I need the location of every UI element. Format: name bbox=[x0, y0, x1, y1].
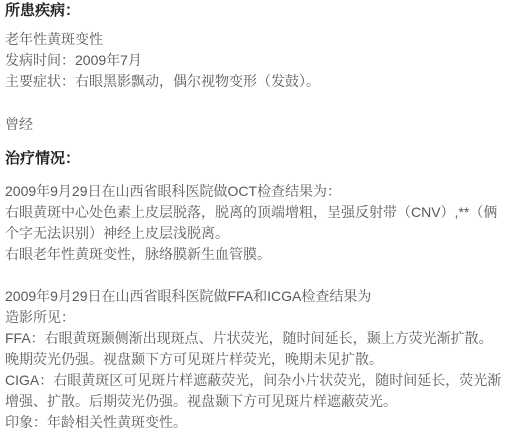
treatment-section-heading: 治疗情况： bbox=[5, 148, 515, 169]
onset-time-line: 发病时间：2009年7月 bbox=[5, 50, 515, 71]
angiography-report-line: FFA：右眼黄斑颞侧渐出现斑点、片状荧光，随时间延长，颞上方荧光渐扩散。 bbox=[5, 328, 515, 349]
angiography-report-line: 晚期荧光仍强。视盘颞下方可见斑片样荧光，晚期未见扩散。 bbox=[5, 349, 515, 370]
angiography-report-paragraph: 2009年9月29日在山西省眼科医院做FFA和ICGA检查结果为 造影所见： F… bbox=[5, 286, 515, 433]
angiography-report-line: 造影所见： bbox=[5, 307, 515, 328]
disease-section-heading: 所患疾病： bbox=[5, 0, 515, 21]
oct-report-line: 2009年9月29日在山西省眼科医院做OCT检查结果为： bbox=[5, 181, 515, 202]
main-symptoms-line: 主要症状：右眼黑影飘动，偶尔视物变形（发鼓）。 bbox=[5, 71, 515, 92]
oct-report-paragraph: 2009年9月29日在山西省眼科医院做OCT检查结果为： 右眼黄斑中心处色素上皮… bbox=[5, 181, 515, 265]
oct-report-line: 右眼黄斑中心处色素上皮层脱落，脱离的顶端增粗，呈强反射带（CNV）,**（俩 bbox=[5, 202, 515, 223]
angiography-report-line: CIGA：右眼黄斑区可见斑片样遮蔽荧光，间杂小片状荧光，随时间延长，荧光渐 bbox=[5, 370, 515, 391]
previous-label: 曾经 bbox=[5, 114, 515, 135]
angiography-report-line: 印象：年龄相关性黄斑变性。 bbox=[5, 412, 515, 433]
angiography-report-line: 增强、扩散。后期荧光仍强。视盘颞下方可见斑片样遮蔽荧光。 bbox=[5, 391, 515, 412]
angiography-report-line: 2009年9月29日在山西省眼科医院做FFA和ICGA检查结果为 bbox=[5, 286, 515, 307]
oct-report-line: 右眼老年性黄斑变性，脉络膜新生血管膜。 bbox=[5, 244, 515, 265]
oct-report-line: 个字无法识别）神经上皮层浅脱离。 bbox=[5, 223, 515, 244]
disease-section: 老年性黄斑变性 发病时间：2009年7月 主要症状：右眼黑影飘动，偶尔视物变形（… bbox=[5, 29, 515, 92]
disease-name-line: 老年性黄斑变性 bbox=[5, 29, 515, 50]
medical-record-document: 所患疾病： 老年性黄斑变性 发病时间：2009年7月 主要症状：右眼黑影飘动，偶… bbox=[0, 0, 520, 439]
